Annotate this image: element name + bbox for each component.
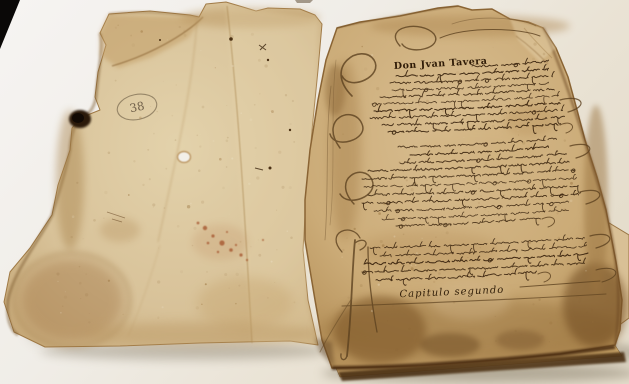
folio-number: 38 <box>128 99 145 116</box>
manuscript-photo: 38 <box>0 0 629 384</box>
photo-scene: 38 <box>0 0 629 384</box>
top-edge-sliver <box>295 0 313 3</box>
worm-hole <box>178 152 191 163</box>
